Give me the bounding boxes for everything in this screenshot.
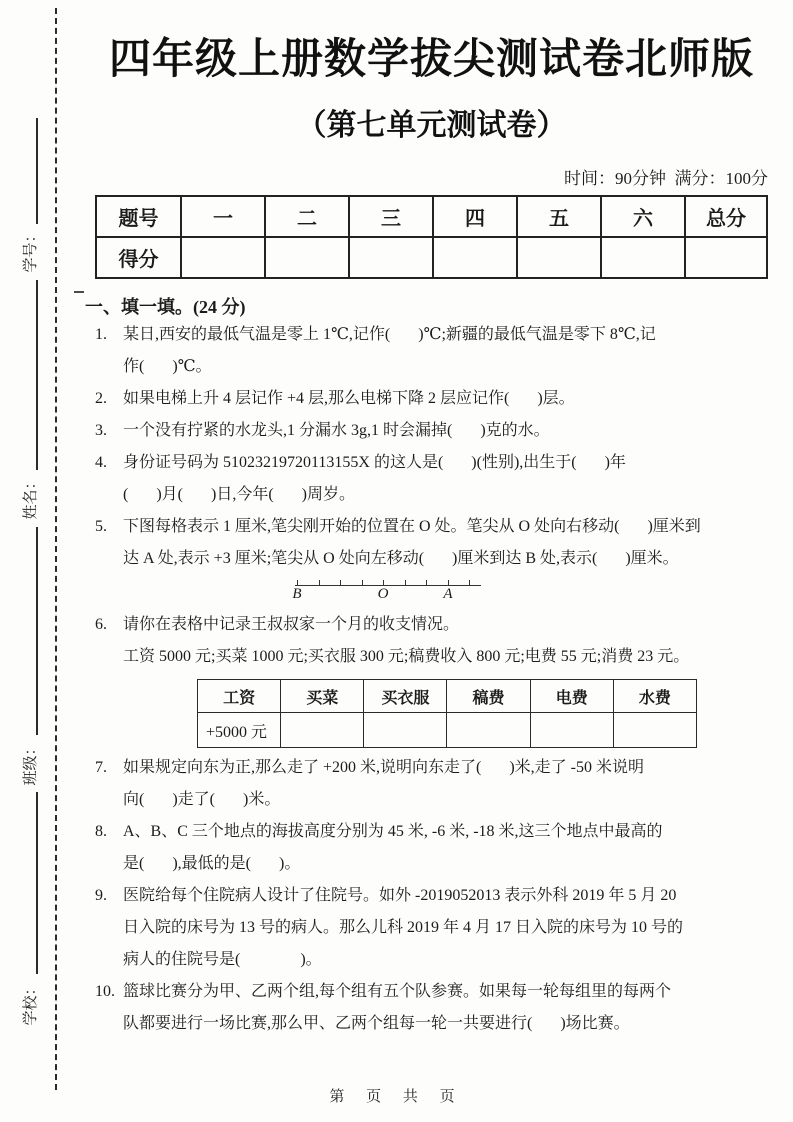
question-number: 7. [95, 752, 123, 784]
test-paper-page: 学号： 姓名： 班级： 学校： 四年级上册数学拔尖测试卷北师版 （第七单元测试卷… [0, 0, 793, 1122]
question-text: ( )月( )日,今年( )周岁。 [95, 479, 768, 511]
question-2: 2.如果电梯上升 4 层记作 +4 层,那么电梯下降 2 层应记作( )层。 [95, 383, 768, 415]
expense-value-cell [530, 713, 613, 748]
student-id-label: 学号： [19, 219, 35, 281]
points-cell [349, 237, 433, 278]
points-cell [181, 237, 265, 278]
expense-header-cell: 水费 [613, 680, 696, 713]
question-3: 3.一个没有拧紧的水龙头,1 分漏水 3g,1 时会漏掉( )克的水。 [95, 415, 768, 447]
points-cell [265, 237, 349, 278]
expense-value-cell [281, 713, 364, 748]
question-text: 如果电梯上升 4 层记作 +4 层,那么电梯下降 2 层应记作( )层。 [123, 390, 575, 407]
name-blank-line [36, 280, 38, 470]
school-blank-line [36, 792, 38, 974]
expense-header-cell: 买菜 [281, 680, 364, 713]
question-5: 5.下图每格表示 1 厘米,笔尖刚开始的位置在 O 处。笔尖从 O 处向右移动(… [95, 511, 768, 607]
question-number: 10. [95, 976, 123, 1008]
paper-subtitle: （第七单元测试卷） [95, 100, 768, 144]
number-line-tick [362, 580, 363, 586]
question-9: 9.医院给每个住院病人设计了住院号。如外 -2019052013 表示外科 20… [95, 880, 768, 976]
school-label: 学校： [19, 972, 35, 1034]
expense-value-cell [447, 713, 530, 748]
question-number: 2. [95, 383, 123, 415]
question-4: 4.身份证号码为 51023219720113155X 的这人是( )(性别),… [95, 447, 768, 511]
expense-header-cell: 买衣服 [364, 680, 447, 713]
number-line-tick [426, 580, 427, 586]
point-a-label: A [441, 586, 455, 603]
expense-header-row: 工资 买菜 买衣服 稿费 电费 水费 [198, 680, 697, 713]
score-table-header-row: 题号 一 二 三 四 五 六 总分 [96, 196, 767, 237]
paper-title: 四年级上册数学拔尖测试卷北师版 [95, 26, 768, 86]
number-line-tick [319, 580, 320, 586]
class-blank-line [36, 527, 38, 735]
expense-value-row: +5000 元 [198, 713, 697, 748]
question-text: 医院给每个住院病人设计了住院号。如外 -2019052013 表示外科 2019… [123, 887, 676, 904]
question-number: 1. [95, 319, 123, 351]
score-header-cell: 六 [601, 196, 685, 237]
question-text: 工资 5000 元;买菜 1000 元;买衣服 300 元;稿费收入 800 元… [95, 641, 768, 673]
question-text: 是( ),最低的是( )。 [95, 848, 768, 880]
points-row-label: 得分 [96, 237, 181, 278]
page-footer: 第 页 共 页 [0, 1085, 793, 1106]
points-cell [601, 237, 685, 278]
question-text: 身份证号码为 51023219720113155X 的这人是( )(性别),出生… [123, 454, 626, 471]
score-header-cell: 五 [517, 196, 601, 237]
number-line-tick [469, 580, 470, 586]
question-7: 7.如果规定向东为正,那么走了 +200 米,说明向东走了( )米,走了 -50… [95, 752, 768, 816]
question-text: 达 A 处,表示 +3 厘米;笔尖从 O 处向左移动( )厘米到达 B 处,表示… [95, 543, 768, 575]
question-8: 8.A、B、C 三个地点的海拔高度分别为 45 米, -6 米, -18 米,这… [95, 816, 768, 880]
question-number: 5. [95, 511, 123, 543]
point-b-label: B [290, 586, 304, 603]
points-cell [685, 237, 767, 278]
expense-value-cell [364, 713, 447, 748]
question-1: 1.某日,西安的最低气温是零上 1℃,记作( )℃;新疆的最低气温是零下 8℃,… [95, 319, 768, 383]
expense-header-cell: 电费 [530, 680, 613, 713]
expense-value-cell: +5000 元 [198, 713, 281, 748]
number-line-tick [405, 580, 406, 586]
expense-value-cell [613, 713, 696, 748]
score-table-points-row: 得分 [96, 237, 767, 278]
score-table: 题号 一 二 三 四 五 六 总分 得分 [95, 195, 768, 279]
question-text: 病人的住院号是( )。 [95, 944, 768, 976]
income-expense-table: 工资 买菜 买衣服 稿费 电费 水费 +5000 元 [197, 679, 697, 748]
seal-dashed-line [55, 8, 57, 1090]
question-text: 向( )走了( )米。 [95, 784, 768, 816]
question-text: 某日,西安的最低气温是零上 1℃,记作( )℃;新疆的最低气温是零下 8℃,记 [123, 326, 656, 343]
question-number: 3. [95, 415, 123, 447]
time-score-info: 时间：90分钟 满分：100分 [95, 164, 768, 189]
question-text: 如果规定向东为正,那么走了 +200 米,说明向东走了( )米,走了 -50 米… [123, 759, 644, 776]
section-1-heading: 一、填一填。(24 分) [85, 293, 768, 319]
paper-content: 四年级上册数学拔尖测试卷北师版 （第七单元测试卷） 时间：90分钟 满分：100… [95, 0, 768, 1040]
expense-header-cell: 工资 [198, 680, 281, 713]
fold-mark [74, 291, 84, 293]
question-6: 6.请你在表格中记录王叔叔家一个月的收支情况。 工资 5000 元;买菜 100… [95, 609, 768, 748]
question-text: 一个没有拧紧的水龙头,1 分漏水 3g,1 时会漏掉( )克的水。 [123, 422, 550, 439]
expense-header-cell: 稿费 [447, 680, 530, 713]
question-text: 下图每格表示 1 厘米,笔尖刚开始的位置在 O 处。笔尖从 O 处向右移动( )… [123, 518, 701, 535]
score-header-cell: 总分 [685, 196, 767, 237]
question-text: 作( )℃。 [95, 351, 768, 383]
question-text: A、B、C 三个地点的海拔高度分别为 45 米, -6 米, -18 米,这三个… [123, 823, 663, 840]
question-number: 9. [95, 880, 123, 912]
question-text: 日入院的床号为 13 号的病人。那么儿科 2019 年 4 月 17 日入院的床… [95, 912, 768, 944]
points-cell [433, 237, 517, 278]
score-header-cell: 三 [349, 196, 433, 237]
question-number: 4. [95, 447, 123, 479]
question-text: 篮球比赛分为甲、乙两个组,每个组有五个队参赛。如果每一轮每组里的每两个 [123, 983, 671, 1000]
name-label: 姓名： [19, 466, 35, 528]
number-line-tick [340, 580, 341, 586]
question-text: 队都要进行一场比赛,那么甲、乙两个组每一轮一共要进行( )场比赛。 [95, 1008, 768, 1040]
number-line-figure: B O A [295, 577, 485, 607]
point-o-label: O [376, 586, 390, 603]
question-number: 6. [95, 609, 123, 641]
score-header-cell: 一 [181, 196, 265, 237]
question-10: 10.篮球比赛分为甲、乙两个组,每个组有五个队参赛。如果每一轮每组里的每两个 队… [95, 976, 768, 1040]
score-header-cell: 二 [265, 196, 349, 237]
question-number: 8. [95, 816, 123, 848]
class-label: 班级： [19, 732, 35, 794]
score-header-cell: 四 [433, 196, 517, 237]
student-id-blank-line [36, 118, 38, 224]
score-header-cell: 题号 [96, 196, 181, 237]
question-text: 请你在表格中记录王叔叔家一个月的收支情况。 [123, 616, 459, 633]
points-cell [517, 237, 601, 278]
